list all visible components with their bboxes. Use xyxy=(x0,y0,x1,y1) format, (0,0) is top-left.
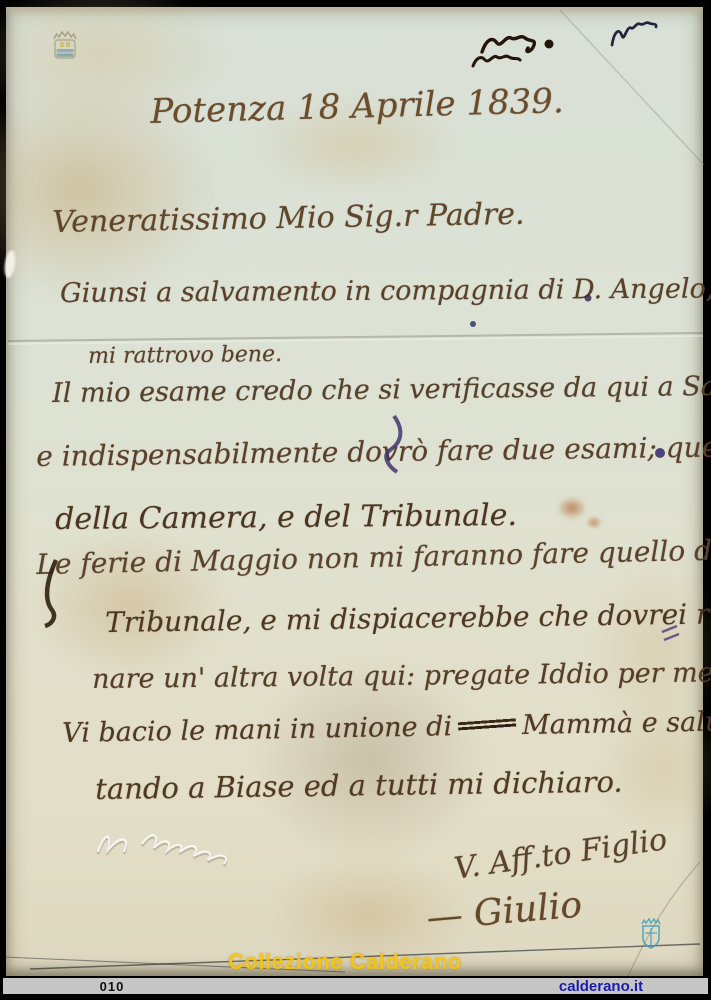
footer-bar: 010 calderano.it xyxy=(3,976,708,997)
strikethrough-scribble xyxy=(457,713,516,733)
paper-top-edge xyxy=(6,7,703,16)
scan-frame: Potenza 18 Aprile 1839. Veneratissimo Mi… xyxy=(0,0,711,1000)
collector-crest-stamp-icon xyxy=(48,28,82,70)
collection-watermark: Collezione Calderano xyxy=(228,949,462,975)
letter-line-9-post: Mammà e salu= xyxy=(522,706,711,741)
website-label: calderano.it xyxy=(531,978,671,995)
letter-line-2: mi rattrovo bene. xyxy=(88,342,282,369)
blue-crest-watermark-icon xyxy=(638,916,664,954)
letter-line-5: della Camera, e del Tribunale. xyxy=(55,498,517,537)
letter-line-1: Giunsi a salvamento in compagnia di D. A… xyxy=(60,273,711,309)
archive-code: 010 xyxy=(89,979,135,994)
letter-line-8: nare un' altra volta qui: pregate Iddio … xyxy=(92,657,711,695)
